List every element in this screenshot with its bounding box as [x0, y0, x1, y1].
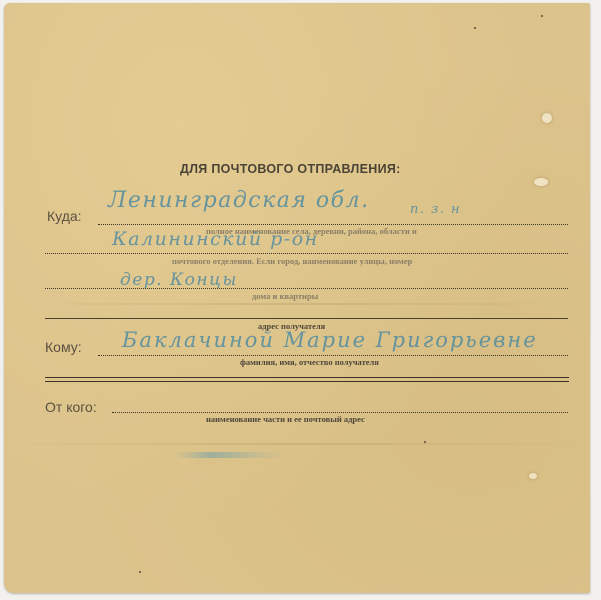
speck	[139, 571, 141, 573]
caption-post-office: почтового отделения. Если город, наимено…	[172, 256, 412, 266]
paper-damage	[542, 113, 552, 123]
paper-fold	[4, 303, 590, 305]
speck	[541, 15, 543, 17]
handwritten-region: Ленинградская обл.	[108, 188, 370, 213]
paper-damage	[534, 178, 548, 186]
handwritten-village: дер. Концы	[120, 270, 238, 290]
caption-sender: наименование части и ее почтовый адрес	[206, 414, 365, 424]
paper-fold	[4, 443, 590, 445]
sender-line	[112, 412, 568, 413]
recipient-name-line	[98, 355, 568, 356]
separator-double-line	[45, 377, 569, 382]
address-line-4	[45, 318, 568, 319]
handwritten-note: п. з. н	[410, 202, 461, 217]
handwritten-recipient-name: Баклачиной Марие Григорьевне	[122, 328, 538, 352]
form-heading: ДЛЯ ПОЧТОВОГО ОТПРАВЛЕНИЯ:	[180, 162, 401, 176]
caption-recipient-name: фамилия, имя, отчество получателя	[240, 357, 379, 367]
to-whom-label: Кому:	[45, 339, 82, 355]
address-line-3	[45, 288, 568, 289]
speck	[474, 27, 476, 29]
speck	[424, 441, 426, 443]
address-line-1	[98, 224, 568, 225]
from-whom-label: От кого:	[45, 399, 97, 415]
caption-house: дома и квартиры	[252, 291, 318, 301]
to-where-label: Куда:	[47, 208, 82, 224]
paper-damage	[529, 473, 537, 479]
address-line-2	[45, 253, 568, 254]
ink-smudge	[175, 452, 285, 458]
handwritten-district: Калининский р-он	[112, 228, 319, 250]
